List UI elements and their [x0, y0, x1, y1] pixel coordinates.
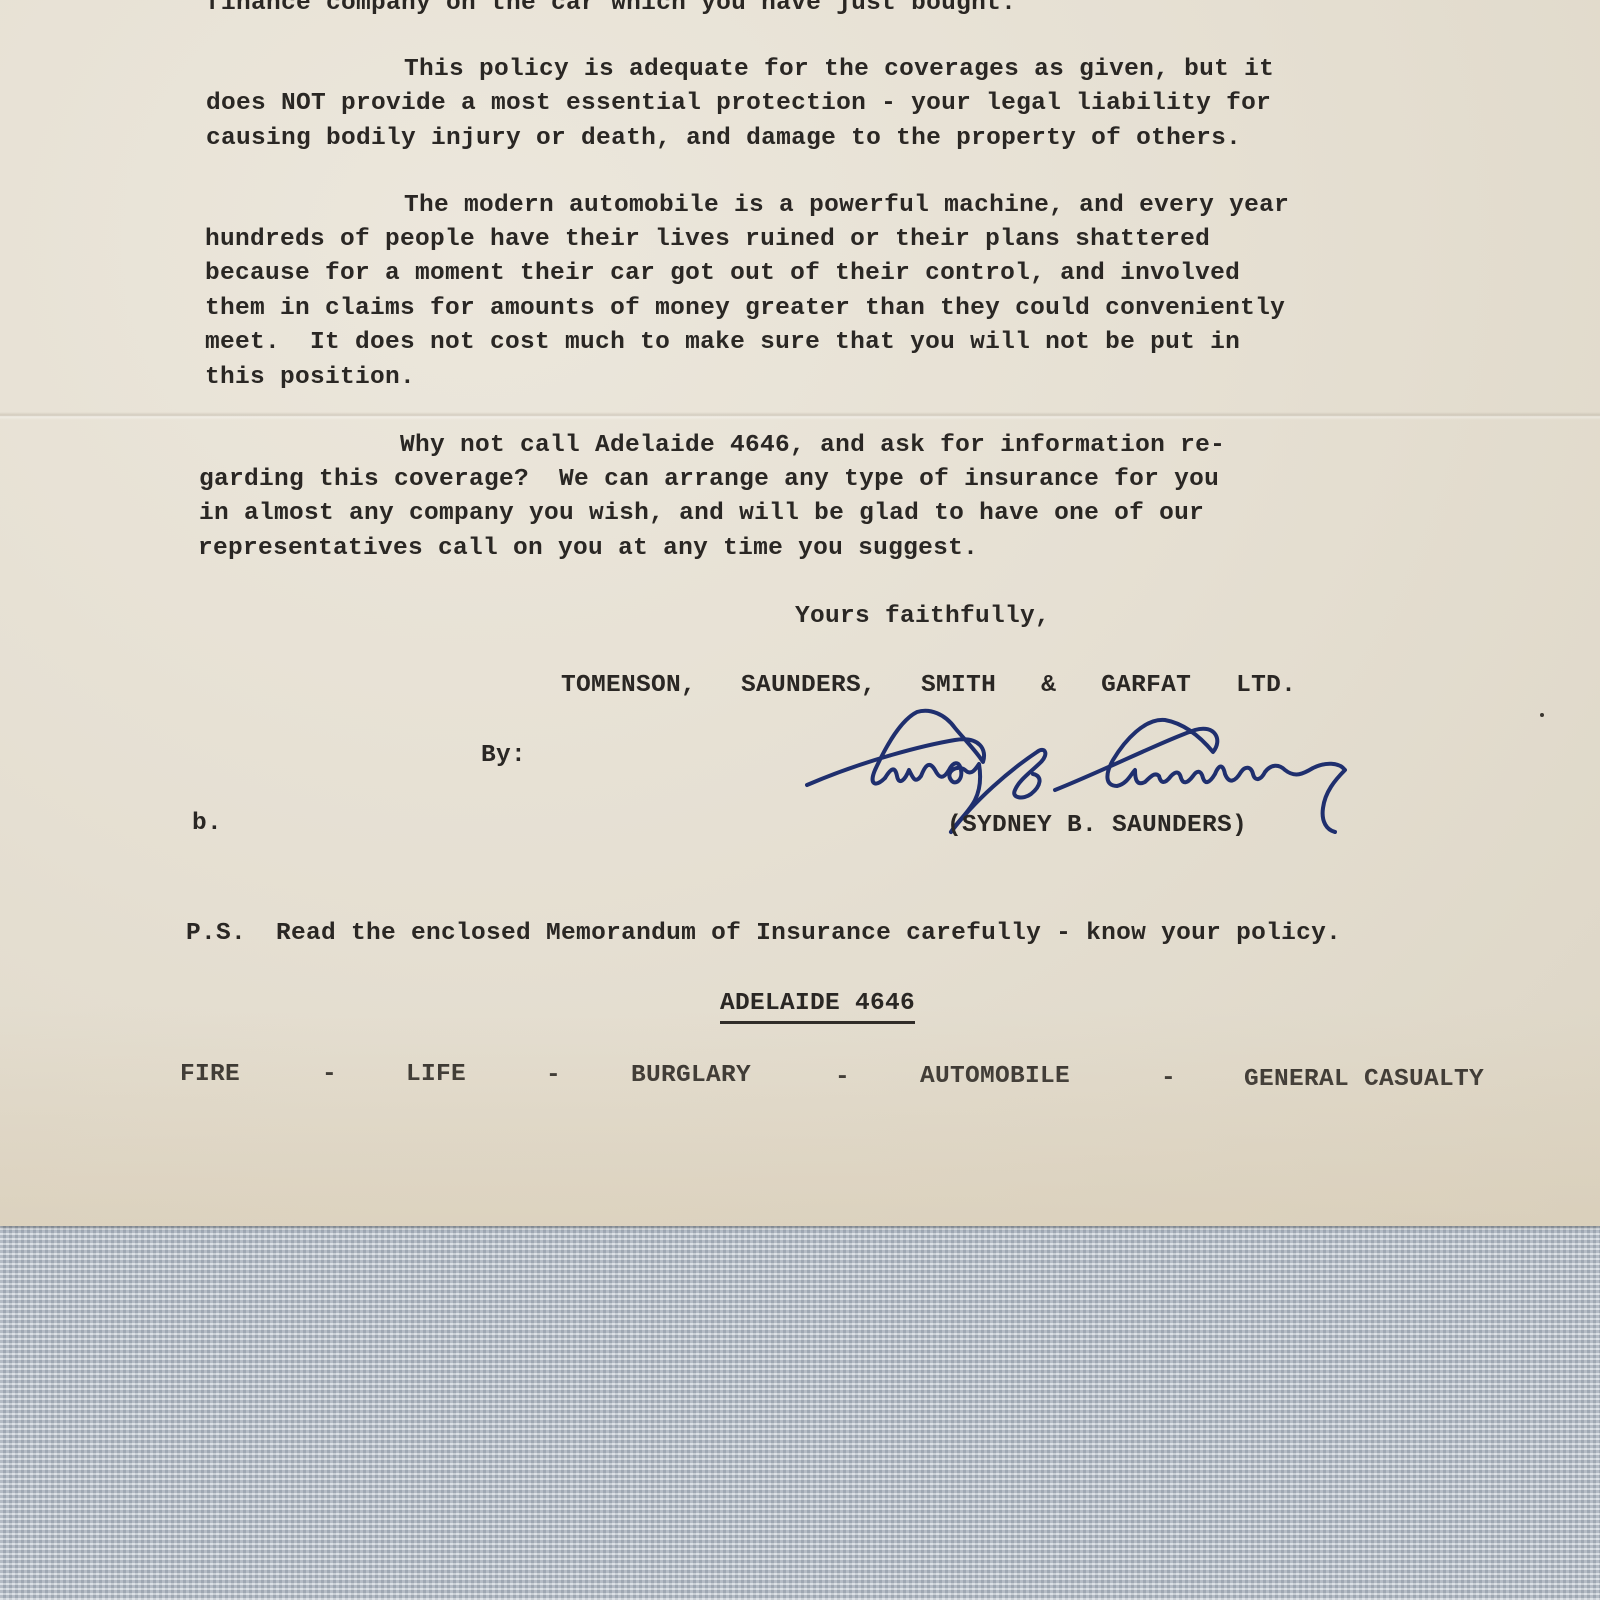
paragraph-2-line-3: because for a moment their car got out o…	[205, 262, 1240, 287]
paragraph-1-line-3: causing bodily injury or death, and dama…	[206, 127, 1241, 152]
paragraph-3-line-1: Why not call Adelaide 4646, and ask for …	[400, 434, 1225, 459]
ink-speck	[1540, 713, 1544, 717]
company-name: TOMENSON, SAUNDERS, SMITH & GARFAT LTD.	[561, 674, 1296, 699]
paragraph-1-line-2: does NOT provide a most essential protec…	[206, 92, 1271, 117]
paragraph-2-line-1: The modern automobile is a powerful mach…	[404, 194, 1289, 219]
paragraph-3-line-2: garding this coverage? We can arrange an…	[199, 468, 1219, 493]
paragraph-3-line-3: in almost any company you wish, and will…	[199, 502, 1204, 527]
service-separator: -	[1161, 1067, 1176, 1092]
paragraph-2-line-2: hundreds of people have their lives ruin…	[205, 228, 1210, 253]
letter-page: finance company on the car which you hav…	[0, 0, 1600, 1226]
paragraph-2-line-4: them in claims for amounts of money grea…	[205, 297, 1285, 322]
service-fire: FIRE	[180, 1063, 240, 1088]
service-separator: -	[322, 1063, 337, 1088]
footer-phone: ADELAIDE 4646	[720, 992, 915, 1024]
service-separator: -	[835, 1066, 850, 1091]
by-label: By:	[481, 744, 526, 769]
service-life: LIFE	[406, 1063, 466, 1088]
service-automobile: AUTOMOBILE	[920, 1065, 1070, 1090]
signatory-name: (SYDNEY B. SAUNDERS)	[947, 814, 1247, 839]
paragraph-3-line-4: representatives call on you at any time …	[198, 537, 978, 562]
paragraph-1-line-1: This policy is adequate for the coverage…	[404, 58, 1274, 83]
postscript: P.S. Read the enclosed Memorandum of Ins…	[186, 922, 1341, 947]
paragraph-2-line-6: this position.	[205, 366, 415, 391]
service-separator: -	[546, 1064, 561, 1089]
paragraph-2-line-5: meet. It does not cost much to make sure…	[205, 331, 1240, 356]
closing-salutation: Yours faithfully,	[795, 605, 1050, 630]
partial-line-top: finance company on the car which you hav…	[206, 0, 1016, 17]
fabric-background	[0, 1226, 1600, 1600]
service-general-casualty: GENERAL CASUALTY	[1244, 1068, 1484, 1093]
service-burglary: BURGLARY	[631, 1064, 751, 1089]
typist-initial: b.	[192, 812, 222, 837]
